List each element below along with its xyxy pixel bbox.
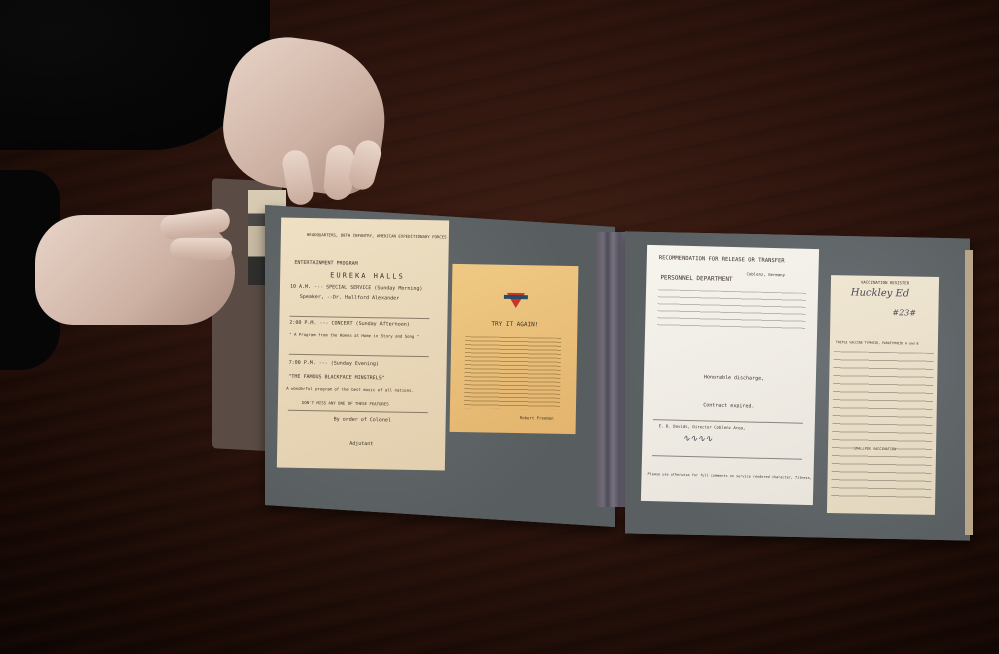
vaccination-card: VACCINATION REGISTER Huckley Ed #23# TRI… bbox=[827, 275, 939, 515]
program-event: " A Program from the Homes at Home in St… bbox=[289, 332, 419, 340]
transfer-form-title: RECOMMENDATION FOR RELEASE OR TRANSFER bbox=[659, 255, 785, 264]
program-event: A wonderful program of the best music of… bbox=[286, 386, 414, 394]
handwritten-name: Huckley Ed bbox=[851, 287, 910, 299]
poem-body bbox=[464, 336, 561, 410]
program-signature: Adjutant bbox=[349, 441, 373, 447]
transfer-form-field: Contract expired. bbox=[703, 402, 754, 409]
program-event: 10 A.M. --- SPECIAL SERVICE (Sunday Morn… bbox=[290, 284, 423, 292]
vaccination-section: TRIPLE VACCINE TYPHOID, PARATYPHOID A an… bbox=[836, 339, 919, 346]
ymca-emblem-bar bbox=[504, 295, 528, 299]
program-signature: By order of Colonel bbox=[334, 417, 391, 424]
program-event: 7:00 P.M. --- (Sunday Evening) bbox=[289, 360, 379, 368]
program-subheader: ENTERTAINMENT PROGRAM bbox=[294, 260, 357, 267]
program-title: EUREKA HALLS bbox=[330, 272, 405, 279]
transfer-form-location: Coblenz, Germany bbox=[746, 271, 785, 278]
program-document: HEADQUARTERS, 80TH INFANTRY, AMERICAN EX… bbox=[277, 218, 449, 471]
program-header: HEADQUARTERS, 80TH INFANTRY, AMERICAN EX… bbox=[307, 232, 447, 240]
ymca-poem-document: TRY IT AGAIN! Robert Freeman bbox=[450, 264, 579, 434]
transfer-form-footer: Please use otherwise for full comments o… bbox=[647, 471, 819, 481]
program-event: Speaker, --Dr. Hallford Alexander bbox=[300, 294, 399, 302]
program-event: DON'T MISS ANY ONE OF THESE FEATURES bbox=[302, 400, 389, 408]
poem-title: TRY IT AGAIN! bbox=[491, 322, 538, 329]
album-page-edge bbox=[965, 250, 973, 535]
program-event: "THE FAMOUS BLACKFACE MINSTRELS" bbox=[288, 374, 384, 382]
vaccination-title: VACCINATION REGISTER bbox=[861, 280, 909, 287]
transfer-form-department: PERSONNEL DEPARTMENT bbox=[660, 275, 732, 283]
finger bbox=[170, 238, 232, 260]
transfer-form-signature: E. B. Davids, Director Coblenz Area, bbox=[659, 423, 746, 431]
program-event: 2:00 P.M. --- CONCERT (Sunday Afternoon) bbox=[289, 320, 410, 328]
poem-author: Robert Freeman bbox=[520, 415, 554, 422]
transfer-form-document: RECOMMENDATION FOR RELEASE OR TRANSFER C… bbox=[641, 245, 819, 505]
transfer-form-field: Honorable discharge, bbox=[704, 374, 764, 381]
vaccination-subsection: SMALLPOX VACCINATION bbox=[854, 446, 896, 453]
